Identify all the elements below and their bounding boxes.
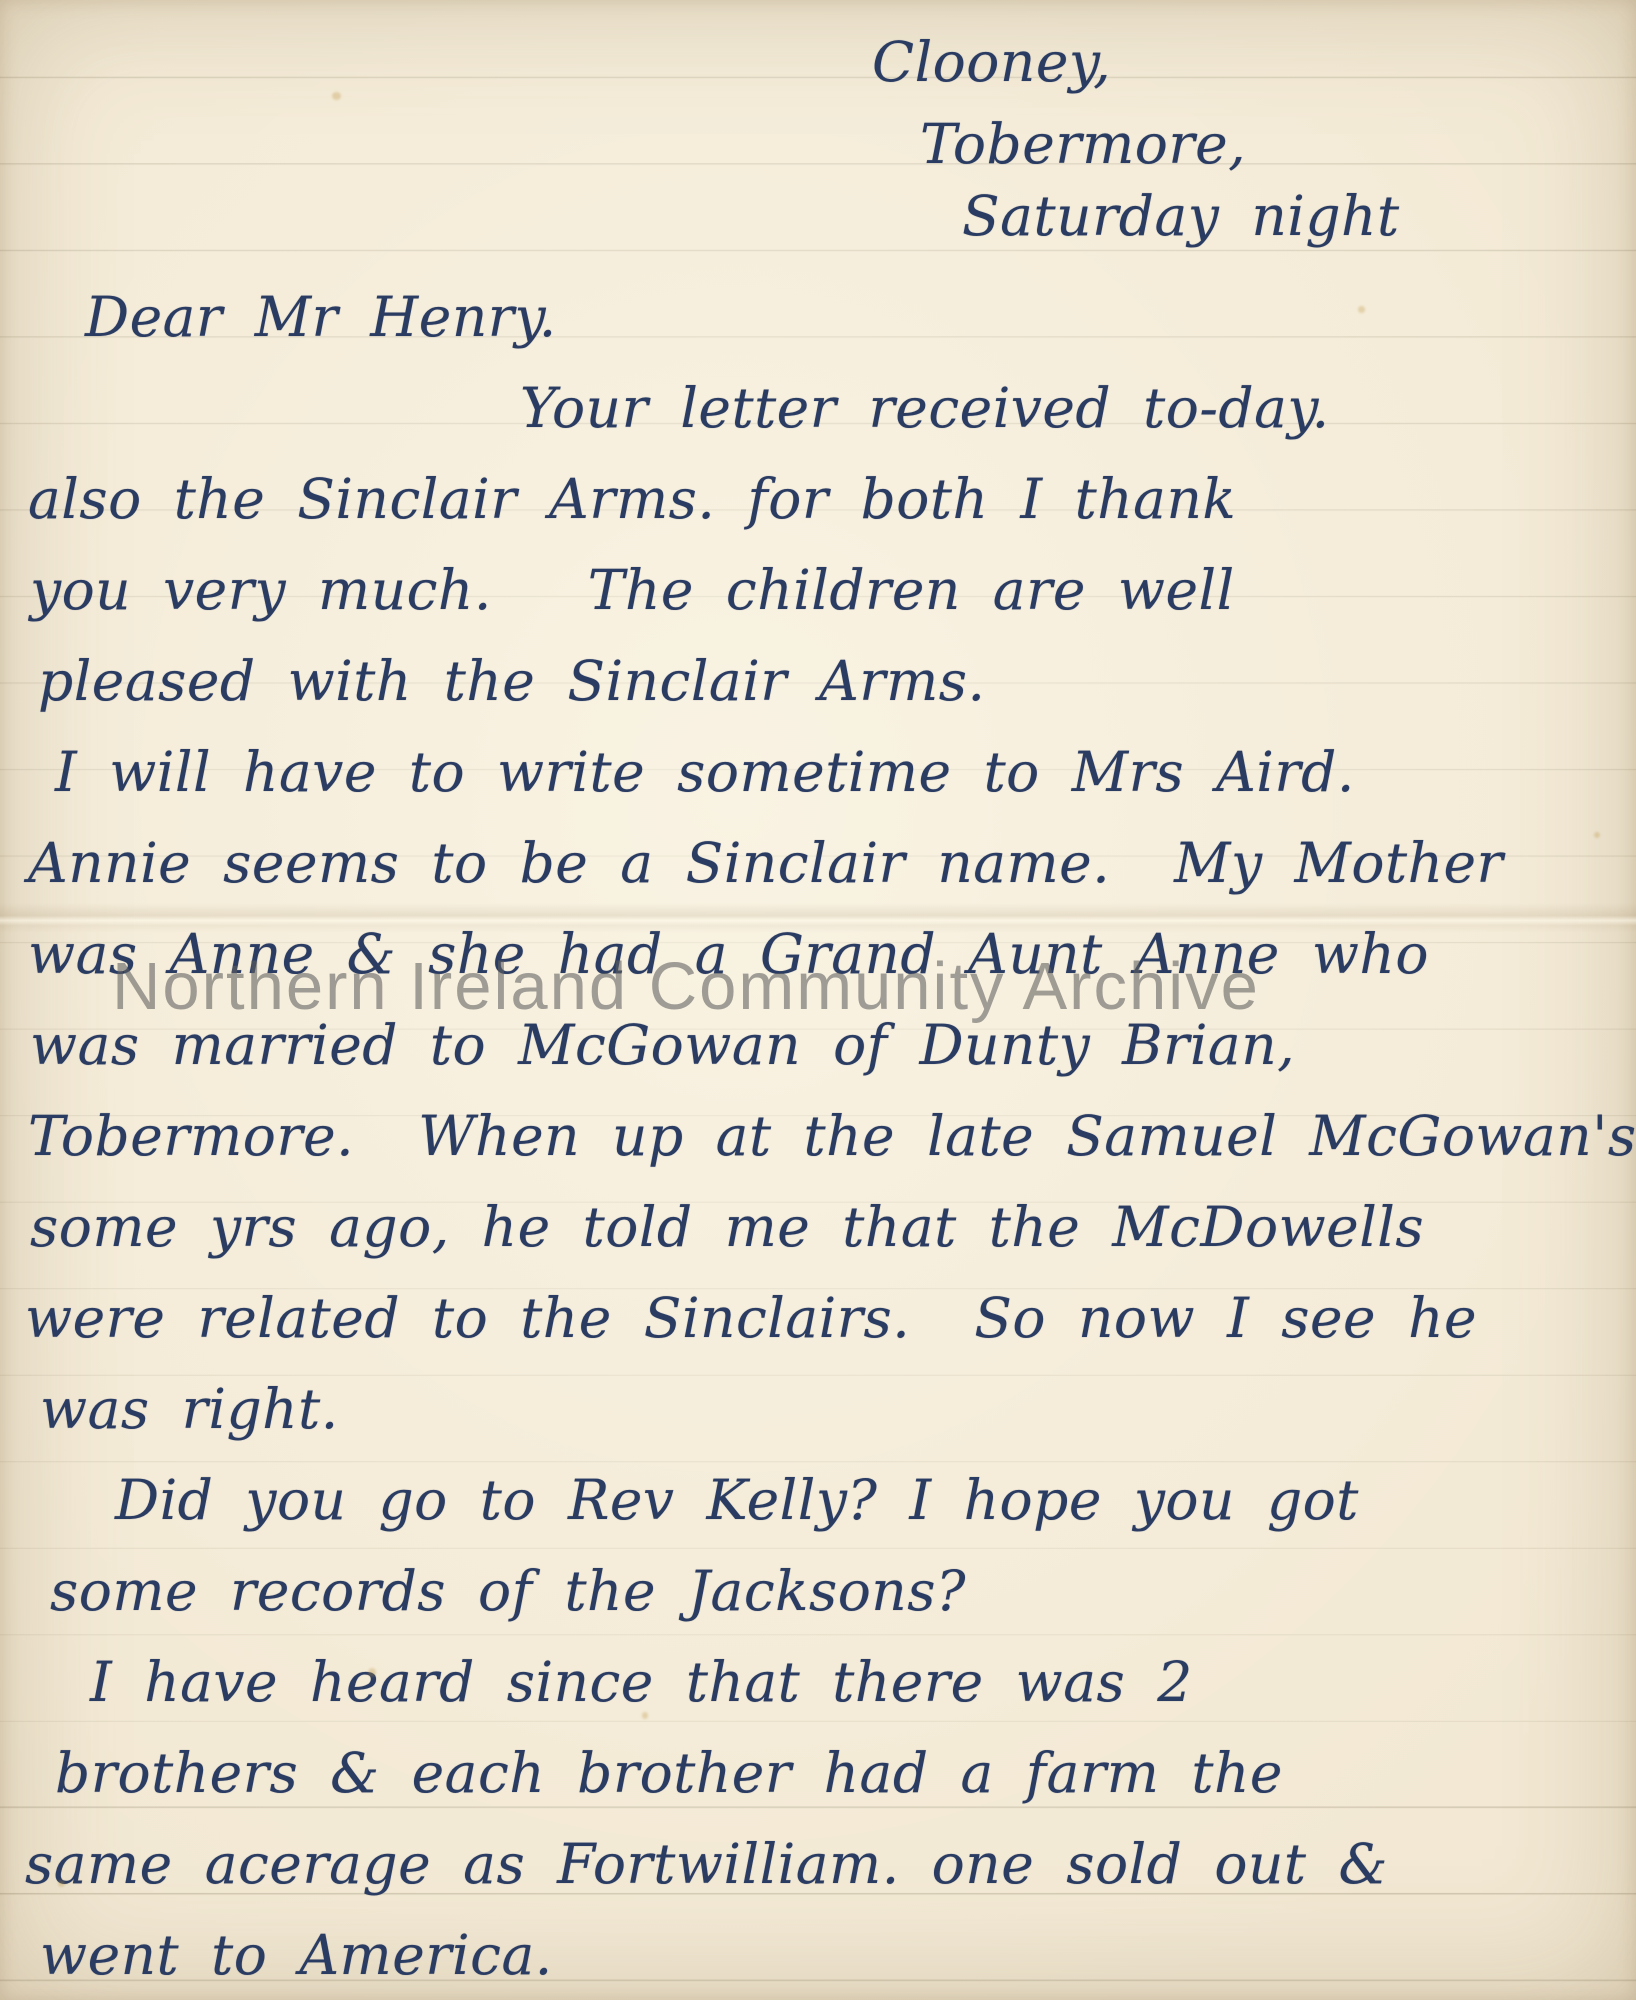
paper-speck [332, 92, 341, 100]
paper-speck [58, 1880, 65, 1887]
letter-line: some yrs ago, he told me that the McDowe… [0, 1182, 1636, 1273]
letter-body: Dear Mr Henry. Your letter received to-d… [0, 272, 1636, 2000]
address-line-place: Clooney, [872, 22, 1111, 102]
letter-line: pleased with the Sinclair Arms. [0, 636, 1636, 727]
letter-line: I have heard since that there was 2 [0, 1637, 1636, 1728]
salutation-line: Dear Mr Henry. [0, 272, 1636, 363]
letter-line: Tobermore. When up at the late Samuel Mc… [0, 1091, 1636, 1182]
date-line: Saturday night [962, 176, 1400, 256]
letter-line: some records of the Jacksons? [0, 1546, 1636, 1637]
fold-crease [0, 903, 1636, 933]
address-line-town: Tobermore, [920, 104, 1246, 184]
paper-speck [1594, 832, 1600, 838]
letter-line: went to America. [0, 1910, 1636, 2000]
letter-line: I will have to write sometime to Mrs Air… [0, 727, 1636, 818]
letter-line: same acerage as Fortwilliam. one sold ou… [0, 1819, 1636, 1910]
letter-line: was married to McGowan of Dunty Brian, [0, 1000, 1636, 1091]
paper-speck [1358, 306, 1365, 313]
letter-line: Your letter received to-day. [0, 363, 1636, 454]
letter-line: you very much. The children are well [0, 545, 1636, 636]
letter-line: Annie seems to be a Sinclair name. My Mo… [0, 818, 1636, 909]
letter-line: Did you go to Rev Kelly? I hope you got [0, 1455, 1636, 1546]
letter-page: Clooney, Tobermore, Saturday night Dear … [0, 0, 1636, 2000]
letter-line: brothers & each brother had a farm the [0, 1728, 1636, 1819]
letter-line: also the Sinclair Arms. for both I thank [0, 454, 1636, 545]
letter-line: was right. [0, 1364, 1636, 1455]
paper-speck [368, 1668, 376, 1677]
letter-line: were related to the Sinclairs. So now I … [0, 1273, 1636, 1364]
paper-speck [642, 1712, 648, 1719]
letterhead-address: Clooney, Tobermore, Saturday night [0, 0, 1636, 270]
